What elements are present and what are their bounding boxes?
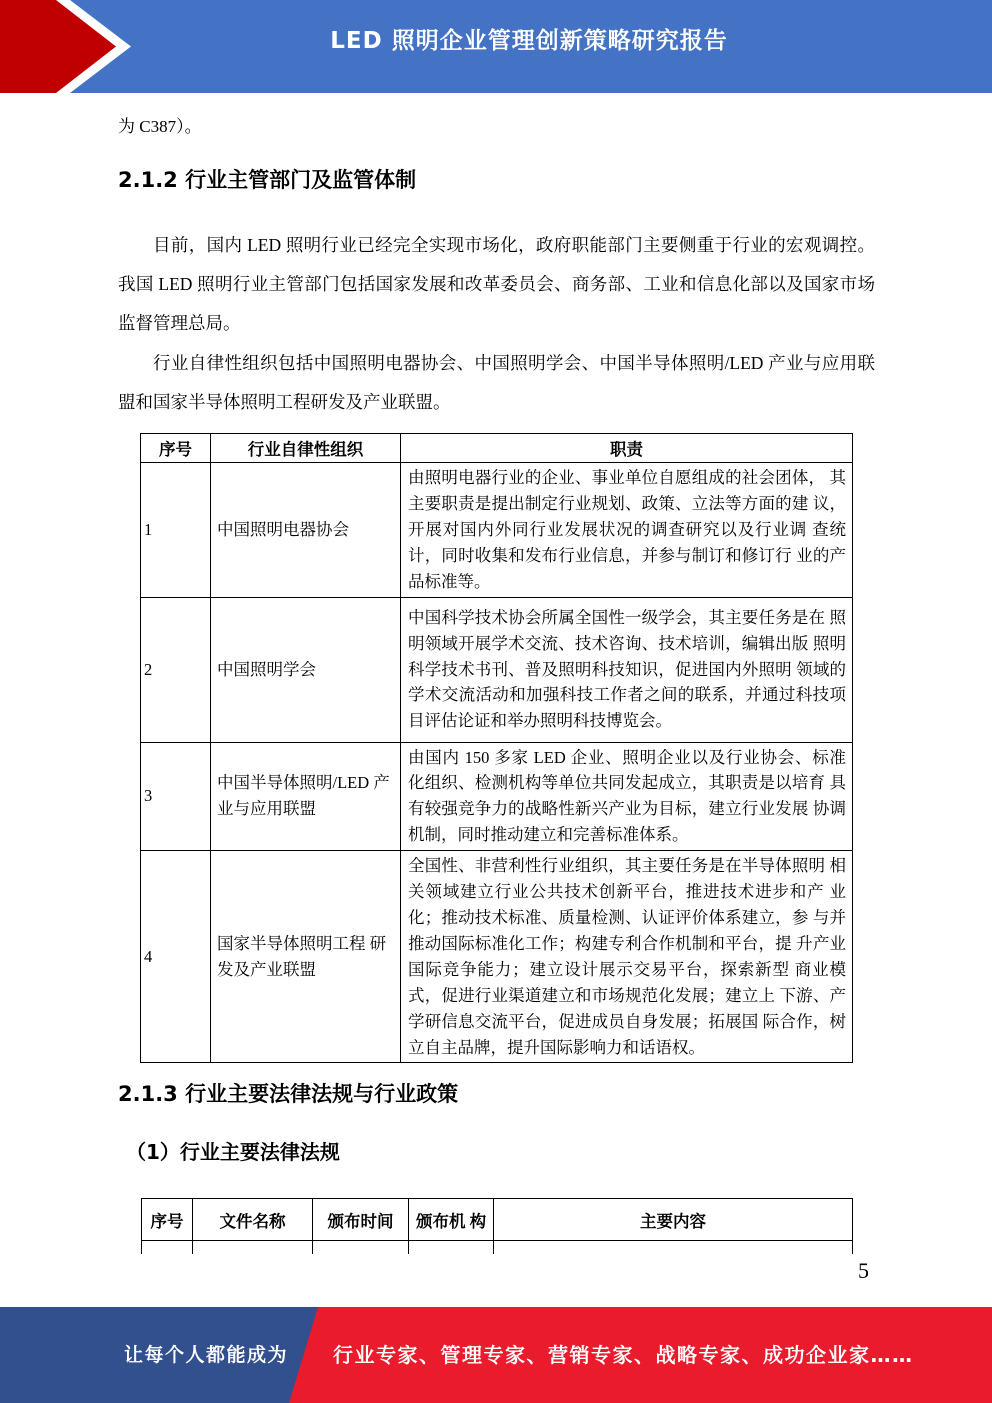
page-footer: 让每个人都能成为 行业专家、管理专家、营销专家、战略专家、成功企业家…… (0, 1307, 992, 1403)
footer-slogan-left: 让每个人都能成为 (124, 1340, 288, 1367)
col-header-issue-date: 颁布时间 (313, 1199, 409, 1241)
footer-slogan-right: 行业专家、管理专家、营销专家、战略专家、成功企业家…… (333, 1339, 914, 1368)
paragraph-regulators: 目前，国内 LED 照明行业已经完全实现市场化，政府职能部门主要侧重于行业的宏观… (118, 226, 875, 343)
row-no: 3 (141, 742, 211, 851)
row-org: 中国照明学会 (211, 597, 401, 742)
row-duty: 由照明电器行业的企业、事业单位自愿组成的社会团体， 其主要职责是提出制定行业规划… (401, 463, 853, 598)
table-row: 3 中国半导体照明/LED 产业与应用联盟 由国内 150 多家 LED 企业、… (141, 742, 853, 851)
paragraph-organizations: 行业自律性组织包括中国照明电器协会、中国照明学会、中国半导体照明/LED 产业与… (118, 344, 875, 422)
row-org: 国家半导体照明工程 研发及产业联盟 (211, 851, 401, 1063)
col-header-doc-name: 文件名称 (193, 1199, 313, 1241)
subsection-heading-laws: （1）行业主要法律法规 (126, 1136, 340, 1165)
row-duty: 全国性、非营利性行业组织，其主要任务是在半导体照明 相关领域建立行业公共技术创新… (401, 851, 853, 1063)
report-title: LED 照明企业管理创新策略研究报告 (0, 0, 992, 93)
row-no: 2 (141, 597, 211, 742)
row-org: 中国半导体照明/LED 产业与应用联盟 (211, 742, 401, 851)
col-header-no: 序号 (141, 434, 211, 463)
report-header: LED 照明企业管理创新策略研究报告 (0, 0, 992, 93)
table-row: 1 中国照明电器协会 由照明电器行业的企业、事业单位自愿组成的社会团体， 其主要… (141, 463, 853, 598)
table-header-row: 序号 文件名称 颁布时间 颁布机 构 主要内容 (142, 1199, 853, 1241)
row-no: 4 (141, 851, 211, 1063)
table-row: 2 中国照明学会 中国科学技术协会所属全国性一级学会，其主要任务是在 照明领域开… (141, 597, 853, 742)
row-org: 中国照明电器协会 (211, 463, 401, 598)
col-header-org: 行业自律性组织 (211, 434, 401, 463)
self-regulatory-orgs-table: 序号 行业自律性组织 职责 1 中国照明电器协会 由照明电器行业的企业、事业单位… (140, 433, 853, 1063)
col-header-main-content: 主要内容 (494, 1199, 853, 1241)
col-header-issuer: 颁布机 构 (409, 1199, 494, 1241)
row-no: 1 (141, 463, 211, 598)
col-header-no: 序号 (142, 1199, 193, 1241)
carryover-text: 为 C387）。 (118, 112, 202, 137)
table-row: 4 国家半导体照明工程 研发及产业联盟 全国性、非营利性行业组织，其主要任务是在… (141, 851, 853, 1063)
table-row-cutoff (142, 1241, 853, 1254)
col-header-duty: 职责 (401, 434, 853, 463)
table-header-row: 序号 行业自律性组织 职责 (141, 434, 853, 463)
row-duty: 由国内 150 多家 LED 企业、照明企业以及行业协会、标准 化组织、检测机构… (401, 742, 853, 851)
section-heading-2-1-3: 2.1.3 行业主要法律法规与行业政策 (118, 1078, 458, 1108)
laws-table: 序号 文件名称 颁布时间 颁布机 构 主要内容 (141, 1198, 853, 1254)
page-number: 5 (858, 1258, 869, 1284)
row-duty: 中国科学技术协会所属全国性一级学会，其主要任务是在 照明领域开展学术交流、技术咨… (401, 597, 853, 742)
section-heading-2-1-2: 2.1.2 行业主管部门及监管体制 (118, 164, 416, 194)
